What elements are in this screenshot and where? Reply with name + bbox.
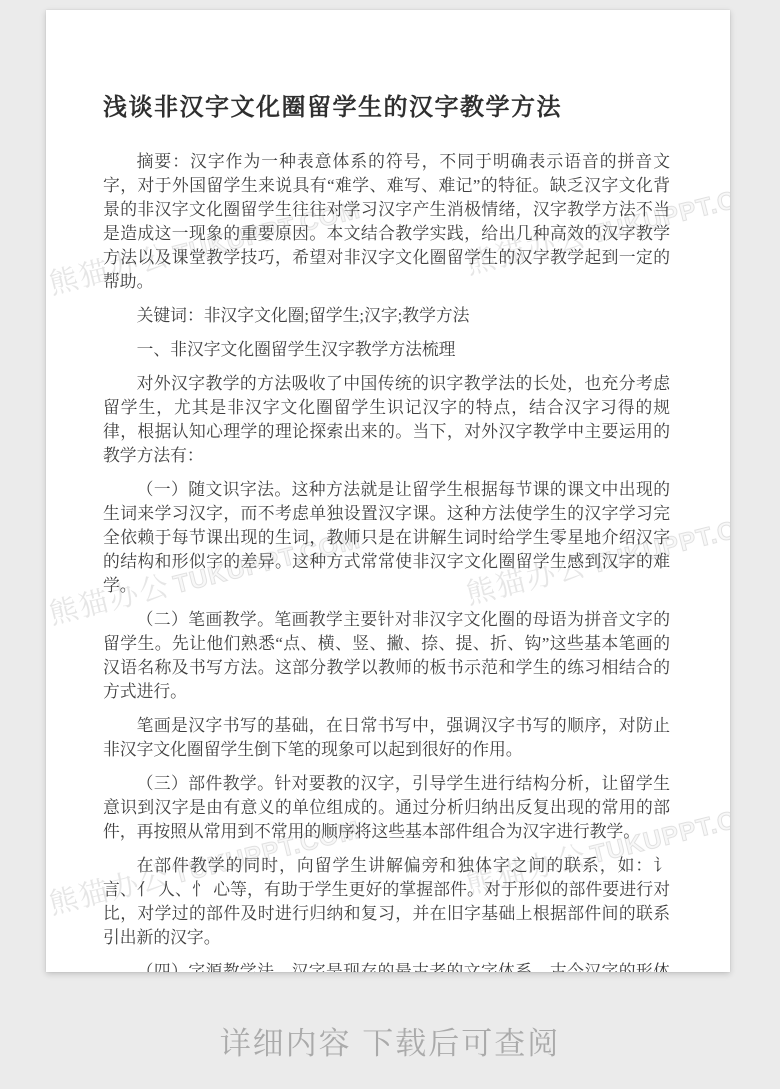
footer-hint-text: 详细内容 下载后可查阅: [0, 1018, 780, 1063]
paragraph-method-2: （二）笔画教学。笔画教学主要针对非汉字文化圈的母语为拼音文字的留学生。先让他们熟…: [103, 608, 670, 704]
section-heading-1: 一、非汉字文化圈留学生汉字教学方法梳理: [103, 338, 670, 362]
paragraph-method-4: （四）字源教学法。汉字是现存的最古老的文字体系。古今汉字的形体虽有了很大的变化，…: [103, 960, 670, 972]
paragraph-method-3: （三）部件教学。针对要教的汉字，引导学生进行结构分析，让留学生意识到汉字是由有意…: [103, 772, 670, 844]
paragraph-method-1: （一）随文识字法。这种方法就是让留学生根据每节课的课文中出现的生词来学习汉字，而…: [103, 478, 670, 598]
paragraph-keywords: 关键词：非汉字文化圈;留学生;汉字;教学方法: [103, 304, 670, 328]
document-content: 浅谈非汉字文化圈留学生的汉字教学方法 摘要：汉字作为一种表意体系的符号，不同于明…: [46, 10, 730, 972]
preview-background: { "document": { "title": "浅谈非汉字文化圈留学生的汉字…: [0, 0, 780, 1089]
paragraph-abstract: 摘要：汉字作为一种表意体系的符号，不同于明确表示语音的拼音文字，对于外国留学生来…: [103, 150, 670, 294]
paragraph: 在部件教学的同时，向留学生讲解偏旁和独体字之间的联系，如：讠 言、亻 人、忄 心…: [103, 854, 670, 950]
document-title: 浅谈非汉字文化圈留学生的汉字教学方法: [103, 93, 670, 123]
document-page: 熊猫办公 TUKUPPT.COM 熊猫办公 TUKUPPT.COM 熊猫办公 T…: [46, 10, 730, 972]
paragraph: 对外汉字教学的方法吸收了中国传统的识字教学法的长处，也充分考虑留学生，尤其是非汉…: [103, 372, 670, 468]
paragraph: 笔画是汉字书写的基础，在日常书写中，强调汉字书写的顺序，对防止非汉字文化圈留学生…: [103, 714, 670, 762]
